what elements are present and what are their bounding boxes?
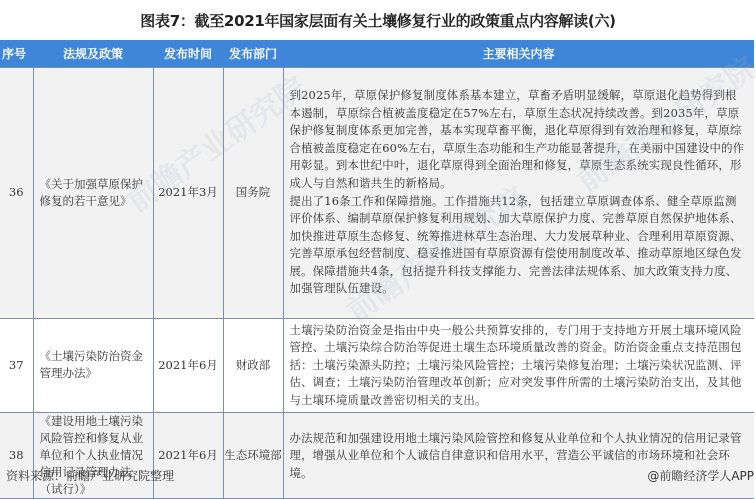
column-header-content: 主要相关内容 xyxy=(283,40,754,67)
policy-table: 序号 法规及政策 发布时间 发布部门 主要相关内容 36 《关于加强草原保护修复… xyxy=(0,40,754,498)
table-row: 37 《土壤污染防治资金管理办法》 2021年6月 财政部 土壤污染防治资金是指… xyxy=(0,318,754,413)
table-header-row: 序号 法规及政策 发布时间 发布部门 主要相关内容 xyxy=(0,40,754,67)
cell-policy: 《关于加强草原保护修复的若干意见》 xyxy=(33,67,153,318)
page-title: 图表7：截至2021年国家层面有关土壤修复行业的政策重点内容解读(六) xyxy=(0,8,756,34)
cell-department: 生态环境部 xyxy=(223,413,283,498)
cell-date: 2021年6月 xyxy=(153,318,223,413)
cell-content: 土壤污染防治资金是指由中央一般公共预算安排的，专门用于支持地方开展土壤环境风险管… xyxy=(283,318,754,413)
cell-content: 到2025年，草原保护修复制度体系基本建立，草畜矛盾明显缓解，草原退化趋势得到根… xyxy=(283,67,754,318)
cell-no: 36 xyxy=(0,67,33,318)
cell-policy: 《土壤污染防治资金管理办法》 xyxy=(33,318,153,413)
column-header-date: 发布时间 xyxy=(153,40,223,67)
content-paragraph: 到2025年，草原保护修复制度体系基本建立，草畜矛盾明显缓解，草原退化趋势得到根… xyxy=(290,87,749,193)
cell-date: 2021年6月 xyxy=(153,413,223,498)
content-paragraph: 土壤污染防治资金是指由中央一般公共预算安排的，专门用于支持地方开展土壤环境风险管… xyxy=(290,322,749,410)
cell-department: 财政部 xyxy=(223,318,283,413)
cell-content: 办法规范和加强建设用地土壤污染风险管控和修复从业单位和个人执业情况的信用记录管理… xyxy=(283,413,754,498)
brand-label: @前瞻经济学人APP xyxy=(647,467,754,484)
column-header-no: 序号 xyxy=(0,40,33,67)
cell-policy: 《建设用地土壤污染风险管控和修复从业单位和个人执业情况信用记录管理办法（试行）》 xyxy=(33,413,153,498)
source-note: 资料来源：前瞻产业研究院整理 xyxy=(6,467,174,484)
policy-table-container: 序号 法规及政策 发布时间 发布部门 主要相关内容 36 《关于加强草原保护修复… xyxy=(0,40,754,498)
cell-department: 国务院 xyxy=(223,67,283,318)
column-header-department: 发布部门 xyxy=(223,40,283,67)
content-paragraph: 提出了16条工作和保障措施。工作措施共12条，包括建立草原调查体系、健全草原监测… xyxy=(290,193,749,299)
table-row: 38 《建设用地土壤污染风险管控和修复从业单位和个人执业情况信用记录管理办法（试… xyxy=(0,413,754,498)
cell-no: 38 xyxy=(0,413,33,498)
cell-no: 37 xyxy=(0,318,33,413)
footer: 资料来源：前瞻产业研究院整理 @前瞻经济学人APP xyxy=(0,467,756,485)
column-header-policy: 法规及政策 xyxy=(33,40,153,67)
cell-date: 2021年3月 xyxy=(153,67,223,318)
table-row: 36 《关于加强草原保护修复的若干意见》 2021年3月 国务院 到2025年，… xyxy=(0,67,754,318)
